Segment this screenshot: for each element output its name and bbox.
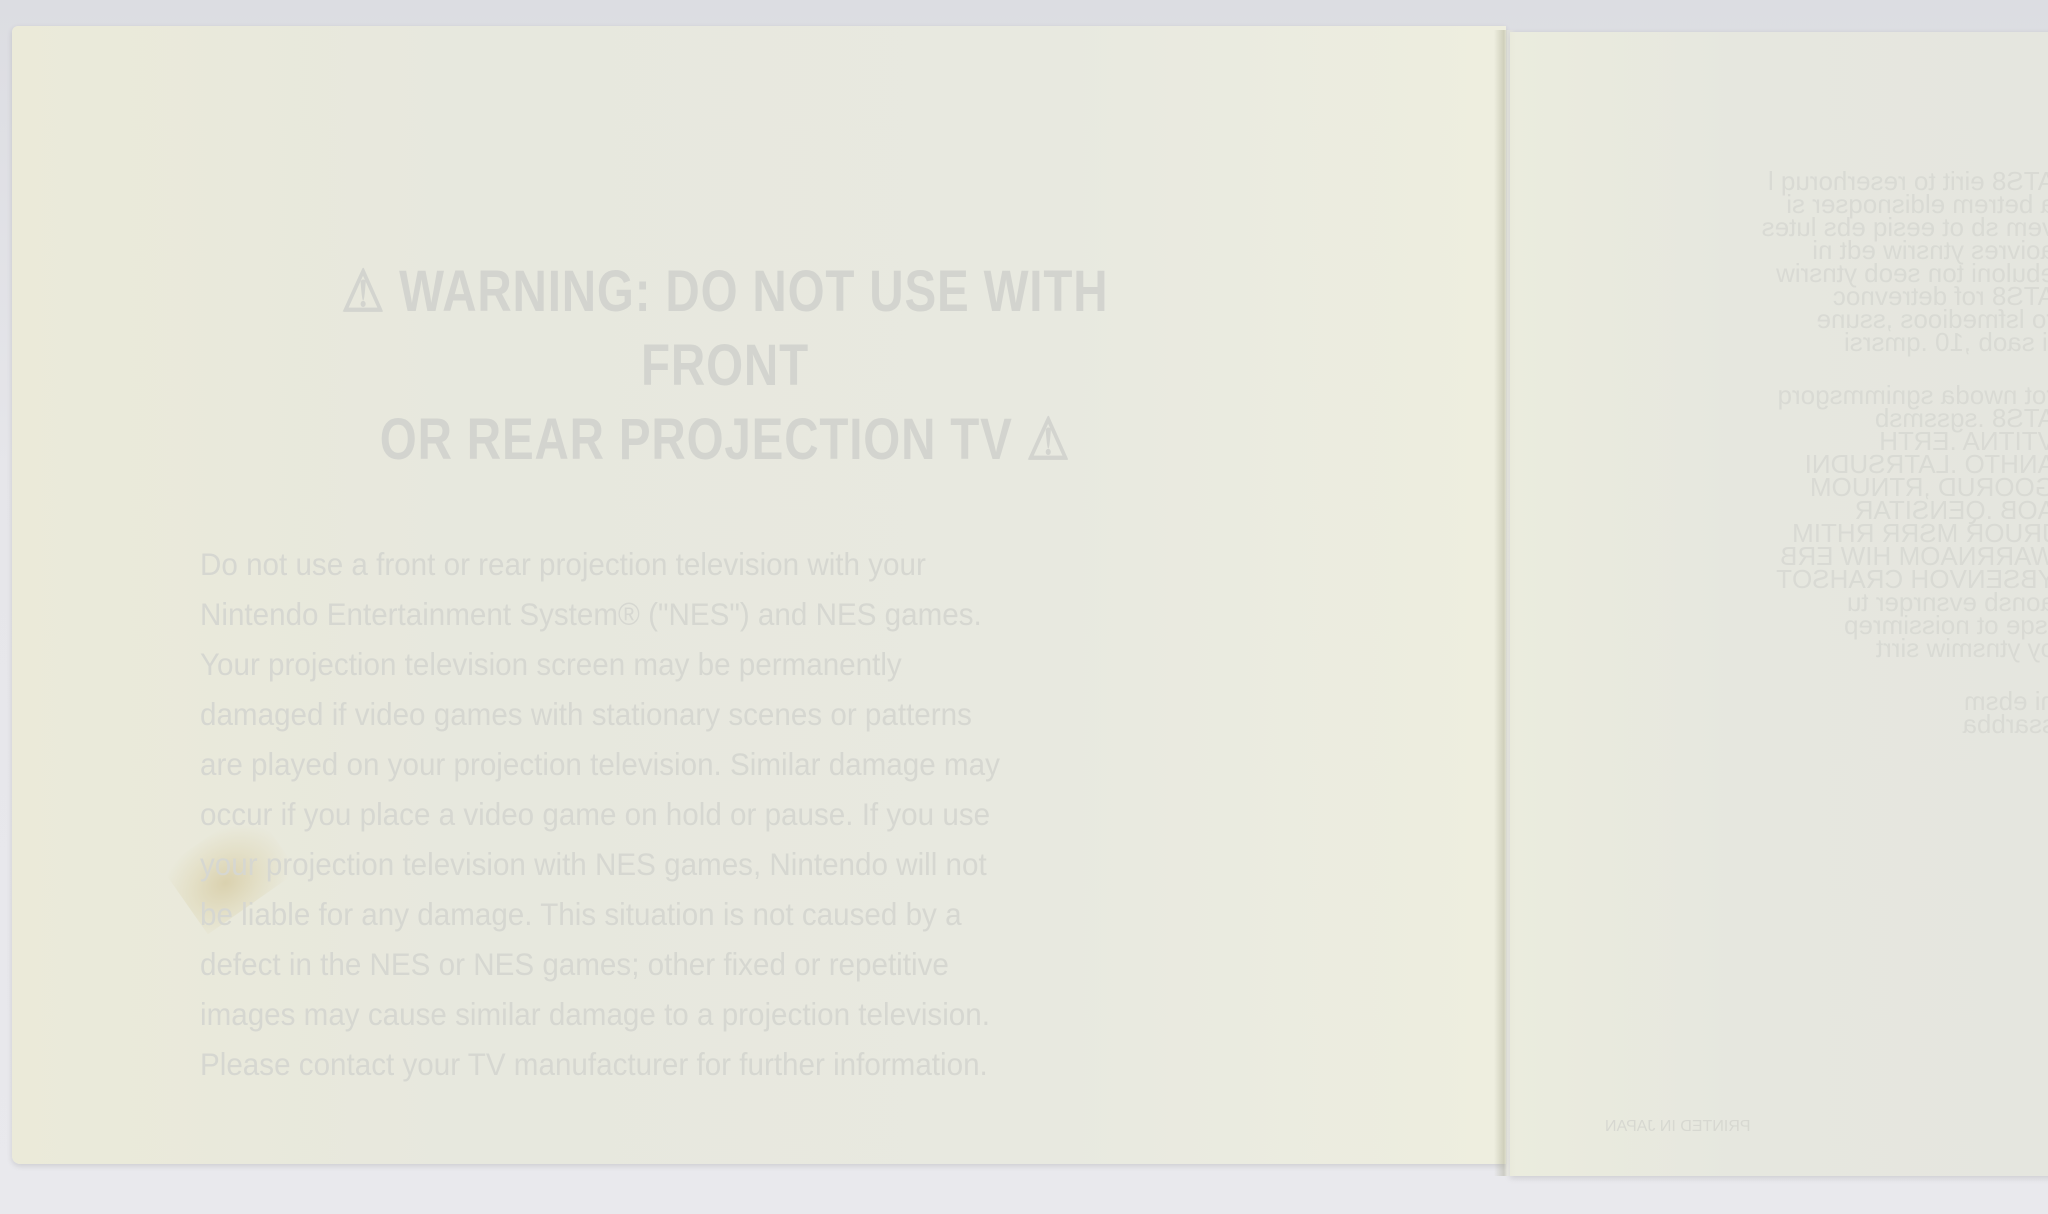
- warning-body-line: defect in the NES or NES games; other fi…: [200, 939, 1187, 989]
- warning-body-line: Your projection television screen may be…: [200, 639, 1187, 689]
- warning-title: ⚠ WARNING: DO NOT USE WITH FRONT OR REAR…: [295, 255, 1156, 477]
- warning-body-line: your projection television with NES game…: [200, 839, 1187, 889]
- warning-title-line-2: OR REAR PROJECTION TV ⚠: [295, 403, 1156, 477]
- booklet-photo: ⚠ WARNING: DO NOT USE WITH FRONT OR REAR…: [0, 0, 2048, 1214]
- warning-body-line: Nintendo Entertainment System® ("NES") a…: [200, 589, 1187, 639]
- warning-body: Do not use a front or rear projection te…: [200, 539, 1250, 1089]
- warning-body-line: images may cause similar damage to a pro…: [200, 989, 1187, 1039]
- booklet-spine: [1494, 30, 1516, 1176]
- warning-body-line: occur if you place a video game on hold …: [200, 789, 1187, 839]
- bleed-through-text: ATS8 eirit to reserhoruq l a betrem eldi…: [1625, 170, 2048, 736]
- warning-body-line: Do not use a front or rear projection te…: [200, 539, 1187, 589]
- warning-body-line: be liable for any damage. This situation…: [200, 889, 1187, 939]
- bleed-line: oy ytnsmiw sirrt: [1625, 637, 2048, 660]
- bleed-through-footer: PRINTED IN JAPAN: [1605, 1118, 1751, 1136]
- warning-body-line: are played on your projection television…: [200, 739, 1187, 789]
- warning-body-line: Please contact your TV manufacturer for …: [200, 1039, 1187, 1089]
- warning-title-line-1: ⚠ WARNING: DO NOT USE WITH FRONT: [295, 255, 1156, 403]
- projection-tv-warning: ⚠ WARNING: DO NOT USE WITH FRONT OR REAR…: [200, 255, 1250, 1089]
- bleed-line: ssarbba: [1625, 713, 2048, 736]
- bleed-line: ti saob ,10 .qmsrsi: [1625, 331, 2048, 354]
- warning-body-line: damaged if video games with stationary s…: [200, 689, 1187, 739]
